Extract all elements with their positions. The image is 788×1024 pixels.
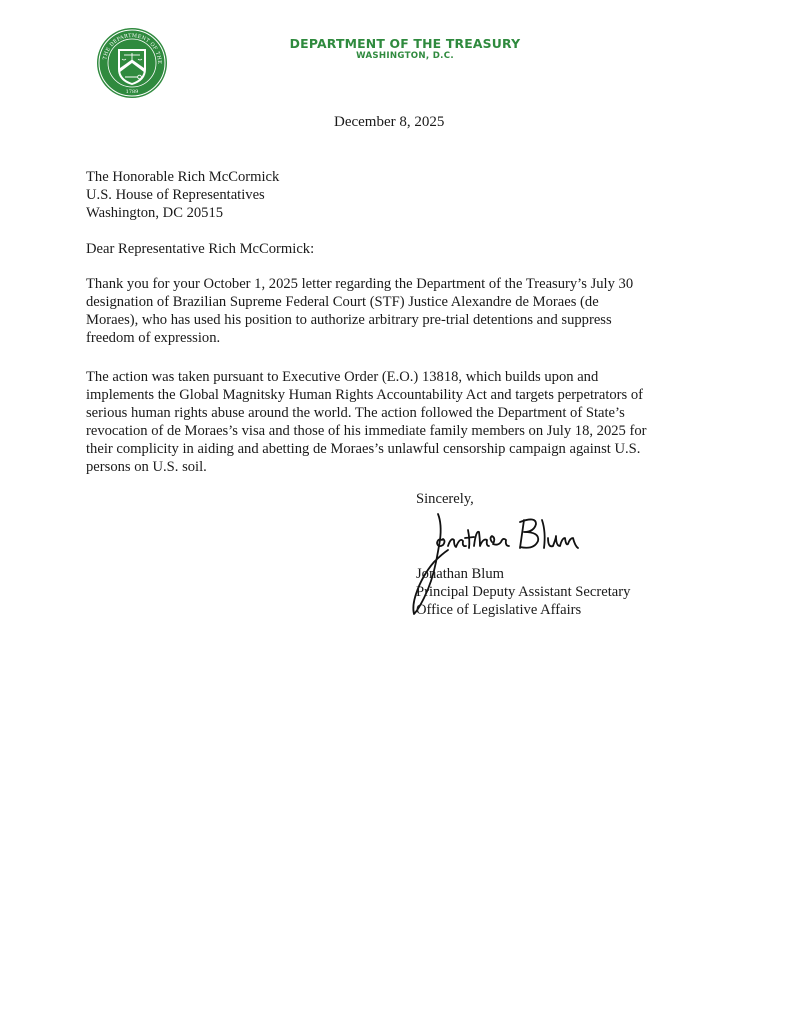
closing: Sincerely, xyxy=(416,490,474,508)
address-line: The Honorable Rich McCormick xyxy=(86,168,279,186)
paragraph-line: The action was taken pursuant to Executi… xyxy=(86,368,726,386)
signer-name: Jonathan Blum xyxy=(416,565,630,583)
body-paragraph-2: The action was taken pursuant to Executi… xyxy=(86,368,726,476)
paragraph-line: implements the Global Magnitsky Human Ri… xyxy=(86,386,726,404)
letterhead: DEPARTMENT OF THE TREASURY WASHINGTON, D… xyxy=(240,37,570,62)
signer-title: Principal Deputy Assistant Secretary xyxy=(416,583,630,601)
paragraph-line: persons on U.S. soil. xyxy=(86,458,726,476)
department-location: WASHINGTON, D.C. xyxy=(240,51,570,62)
paragraph-line: serious human rights abuse around the wo… xyxy=(86,404,726,422)
paragraph-line: revocation of de Moraes’s visa and those… xyxy=(86,422,726,440)
paragraph-line: freedom of expression. xyxy=(86,329,706,347)
department-name: DEPARTMENT OF THE TREASURY xyxy=(240,37,570,51)
paragraph-line: Moraes), who has used his position to au… xyxy=(86,311,706,329)
address-line: U.S. House of Representatives xyxy=(86,186,279,204)
paragraph-line: their complicity in aiding and abetting … xyxy=(86,440,726,458)
paragraph-line: designation of Brazilian Supreme Federal… xyxy=(86,293,706,311)
salutation: Dear Representative Rich McCormick: xyxy=(86,240,314,258)
paragraph-line: Thank you for your October 1, 2025 lette… xyxy=(86,275,706,293)
signature-block: Jonathan Blum Principal Deputy Assistant… xyxy=(416,565,630,619)
signer-office: Office of Legislative Affairs xyxy=(416,601,630,619)
recipient-address: The Honorable Rich McCormick U.S. House … xyxy=(86,168,279,222)
address-line: Washington, DC 20515 xyxy=(86,204,279,222)
letter-date: December 8, 2025 xyxy=(334,114,444,131)
svg-text:1789: 1789 xyxy=(126,89,139,95)
body-paragraph-1: Thank you for your October 1, 2025 lette… xyxy=(86,275,706,347)
treasury-seal-icon: THE DEPARTMENT OF THE TREASURY 1789 xyxy=(96,27,168,99)
